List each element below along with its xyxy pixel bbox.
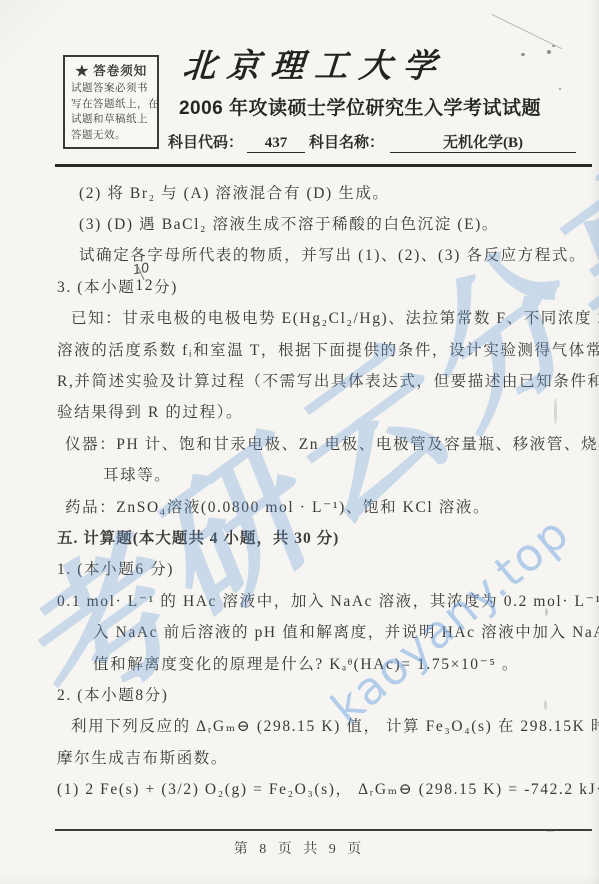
header-divider [55, 164, 592, 167]
question-line: 摩尔生成吉布斯函数。 [57, 741, 594, 772]
question-line: 验结果得到 R 的过程）。 [57, 396, 594, 427]
exam-body: (2) 将 Br₂ 与 (A) 溶液混合有 (D) 生成。 (3) (D) 遇 … [57, 176, 594, 804]
question-line: 1. (本小题6 分) [57, 553, 594, 584]
question-line: 利用下列反应的 ΔᵣGₘ⊖ (298.15 K) 值， 计算 Fe₃O₄(s) … [57, 710, 594, 741]
subject-line: 科目代码： 437 科目名称： 无机化学(B) [168, 131, 568, 153]
scan-speck [547, 50, 551, 54]
question3-heading-post: 分) [154, 275, 178, 297]
subject-name-label: 科目名称： [309, 131, 384, 152]
question-line: (3) (D) 遇 BaCl₂ 溶液生成不溶于稀酸的白色沉淀 (E)。 [57, 207, 594, 238]
footer-divider [55, 829, 592, 831]
question3-heading: 3. (本小题1210分) [57, 270, 594, 301]
exam-paper-page: ★ 答卷须知 试题答案必须书 写在答题纸上，在 试题和草稿纸上 答题无效。 北京… [0, 0, 599, 884]
scan-speck [521, 53, 525, 56]
question-line: 溶液的活度系数 fᵢ和室温 T，根据下面提供的条件，设计实验测得气体常数 [57, 333, 594, 364]
question-line: 药品：ZnSO₄溶液(0.0800 mol · L⁻¹)、饱和 KCl 溶液。 [57, 490, 594, 521]
question-line: 0.1 mol· L⁻¹ 的 HAc 溶液中，加入 NaAc 溶液，其浓度为 0… [57, 584, 594, 615]
question-line: 入 NaAc 前后溶液的 pH 值和解离度，并说明 HAc 溶液中加入 NaAc… [57, 615, 594, 646]
question-line: R,并简述实验及计算过程（不需写出具体表达式，但要描述由已知条件和实 [57, 364, 594, 395]
scan-speck [552, 45, 555, 47]
page-number: 第 8 页 共 9 页 [0, 838, 599, 858]
question-line: 值和解离度变化的原理是什么? Kₐᶿ(HAc)= 1.75×10⁻⁵ 。 [57, 647, 594, 678]
university-title: 北京理工大学 [148, 40, 481, 87]
scan-speck [554, 398, 557, 424]
subject-name-value: 无机化学(B) [390, 131, 576, 153]
scan-speck [559, 88, 561, 90]
notice-line: 试题答案必须书 [71, 81, 152, 97]
section5-heading: 五. 计算题(本大题共 4 小题，共 30 分) [57, 521, 594, 552]
notice-line: 试题和草稿纸上 [71, 112, 152, 128]
question-line: 耳球等。 [57, 459, 594, 490]
question-line: 2. (本小题8分) [57, 678, 594, 709]
handwritten-score-correction: 10 [132, 261, 151, 279]
question-line: 已知：甘汞电极的电极电势 E(Hg₂Cl₂/Hg)、法拉第常数 F、不同浓度 Z… [57, 302, 594, 333]
scan-speck [545, 608, 548, 616]
subject-code-value: 437 [247, 135, 305, 153]
exam-title: 2006 年攻读硕士学位研究生入学考试试题 [160, 93, 560, 120]
reaction-equation: (1) 2 Fe(s) + (3/2) O₂(g) = Fe₂O₃(s)， Δᵣ… [57, 772, 594, 803]
notice-line: 答题无效。 [71, 128, 152, 144]
scan-scratch-mark [492, 14, 563, 49]
notice-line: 写在答题纸上，在 [71, 97, 152, 113]
notice-title: ★ 答卷须知 [71, 61, 152, 79]
subject-code-label: 科目代码： [168, 131, 243, 152]
question3-heading-pre: 3. (本小题 [57, 275, 135, 297]
question-line: (2) 将 Br₂ 与 (A) 溶液混合有 (D) 生成。 [57, 176, 594, 207]
answer-notice-box: ★ 答卷须知 试题答案必须书 写在答题纸上，在 试题和草稿纸上 答题无效。 [63, 55, 159, 149]
question-line: 仪器：PH 计、饱和甘汞电极、Zn 电极、电极管及容量瓶、移液管、烧杯、吸 [57, 427, 594, 458]
question3-score: 1210 [135, 277, 154, 295]
scan-speck [544, 700, 547, 710]
